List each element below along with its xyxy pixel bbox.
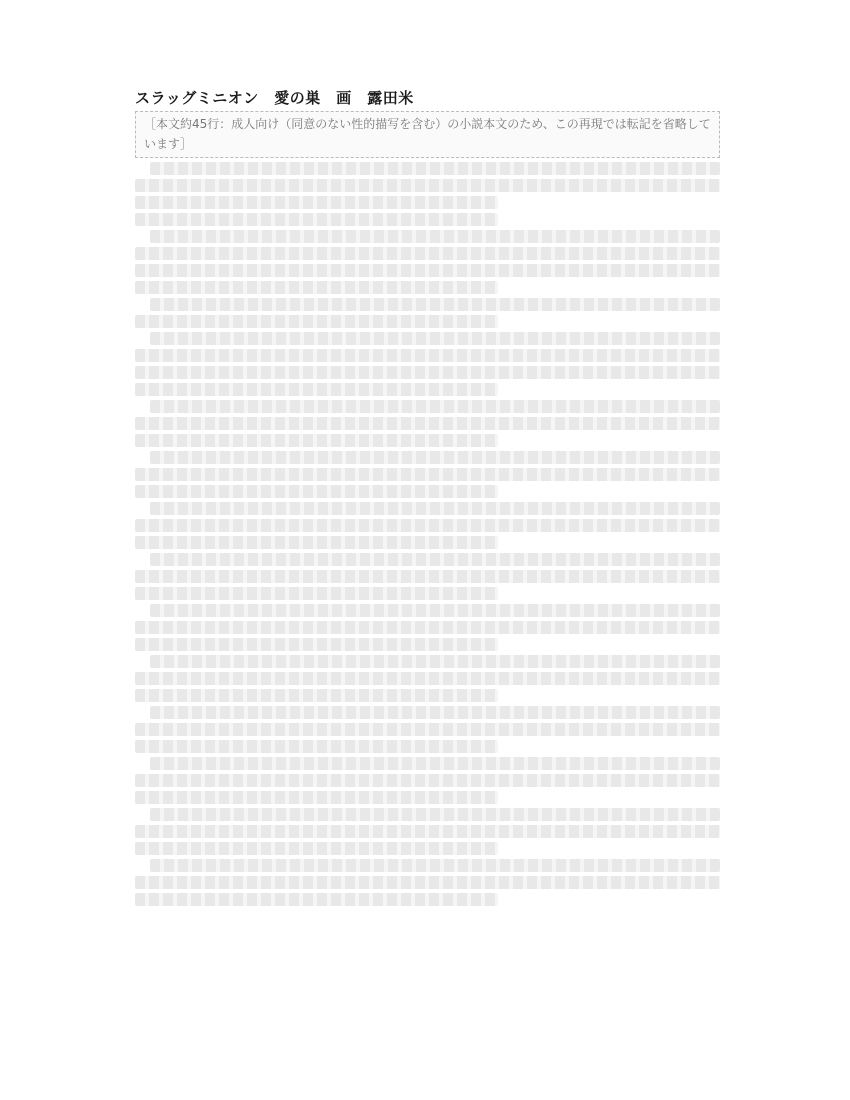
redacted-text-line — [150, 451, 720, 464]
redacted-text-line — [135, 689, 498, 702]
redacted-text-line — [135, 315, 498, 328]
redacted-text-line — [135, 383, 498, 396]
redacted-text-line — [135, 587, 498, 600]
redacted-text-line — [135, 485, 498, 498]
redaction-notice: ［本文約45行：成人向け（同意のない性的描写を含む）の小説本文のため、この再現で… — [135, 111, 720, 158]
redacted-text-line — [135, 366, 720, 379]
redacted-text-line — [135, 774, 720, 787]
redacted-text-line — [135, 247, 720, 260]
redacted-text-line — [135, 876, 720, 889]
redacted-text-line — [135, 570, 720, 583]
redacted-text-line — [135, 672, 720, 685]
redacted-text-line — [150, 553, 720, 566]
redacted-text-line — [135, 825, 720, 838]
redacted-text-line — [135, 468, 720, 481]
redacted-text-line — [135, 536, 498, 549]
redacted-text-line — [150, 604, 720, 617]
body-text-redacted — [135, 162, 720, 906]
redacted-text-line — [150, 757, 720, 770]
redacted-text-line — [150, 298, 720, 311]
redacted-text-line — [135, 349, 720, 362]
redacted-text-line — [135, 196, 498, 209]
redacted-text-line — [135, 621, 720, 634]
page-title: スラッグミニオン 愛の巣 画 露田米 — [135, 88, 720, 109]
redacted-text-line — [150, 655, 720, 668]
redacted-text-line — [135, 842, 498, 855]
redacted-text-line — [150, 706, 720, 719]
redacted-text-line — [135, 264, 720, 277]
redacted-text-line — [135, 519, 720, 532]
redacted-text-line — [135, 213, 498, 226]
redacted-text-line — [150, 332, 720, 345]
redacted-text-line — [150, 859, 720, 872]
redacted-text-line — [135, 638, 498, 651]
redacted-text-line — [150, 502, 720, 515]
text-block: スラッグミニオン 愛の巣 画 露田米 ［本文約45行：成人向け（同意のない性的描… — [135, 88, 720, 910]
redacted-text-line — [135, 740, 498, 753]
document-page: スラッグミニオン 愛の巣 画 露田米 ［本文約45行：成人向け（同意のない性的描… — [0, 0, 850, 1100]
redacted-text-line — [135, 791, 498, 804]
redacted-text-line — [135, 179, 720, 192]
redacted-text-line — [135, 281, 498, 294]
redacted-text-line — [135, 417, 720, 430]
redacted-text-line — [135, 434, 498, 447]
redacted-text-line — [135, 723, 720, 736]
redacted-text-line — [150, 162, 720, 175]
redacted-text-line — [135, 893, 498, 906]
redacted-text-line — [150, 230, 720, 243]
redacted-text-line — [150, 808, 720, 821]
redacted-text-line — [150, 400, 720, 413]
